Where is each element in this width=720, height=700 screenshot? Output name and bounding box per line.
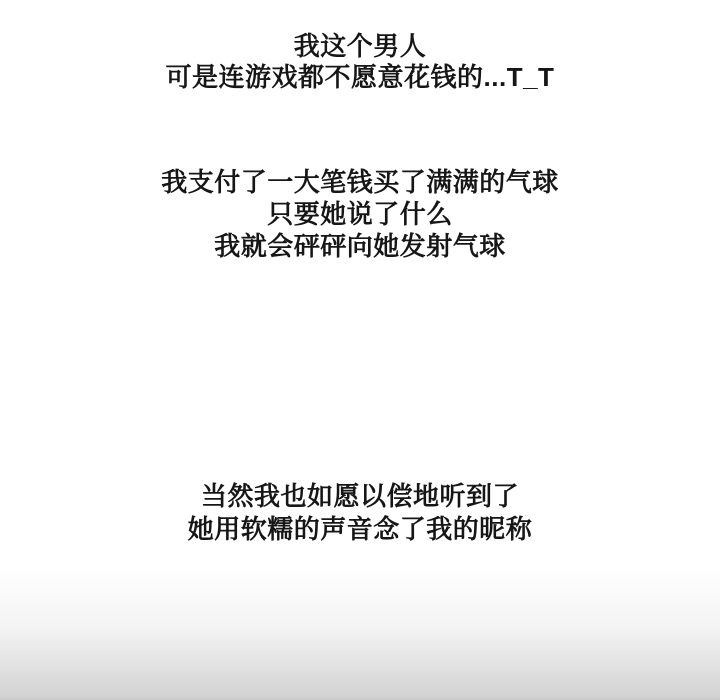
narration-block-1: 我这个男人 可是连游戏都不愿意花钱的...T_T bbox=[0, 31, 720, 93]
comic-page: 我这个男人 可是连游戏都不愿意花钱的...T_T 我支付了一大笔钱买了满满的气球… bbox=[0, 0, 720, 700]
narration-block-3: 当然我也如愿以偿地听到了 她用软糯的声音念了我的昵称 bbox=[0, 480, 720, 546]
narration-line: 当然我也如愿以偿地听到了 bbox=[0, 480, 720, 513]
narration-line: 可是连游戏都不愿意花钱的...T_T bbox=[0, 62, 720, 93]
narration-line: 只要她说了什么 bbox=[0, 198, 720, 230]
narration-line: 她用软糯的声音念了我的昵称 bbox=[0, 513, 720, 546]
bottom-fade-gradient bbox=[0, 568, 720, 700]
narration-line: 我就会砰砰向她发射气球 bbox=[0, 230, 720, 262]
narration-line: 我支付了一大笔钱买了满满的气球 bbox=[0, 166, 720, 198]
narration-line: 我这个男人 bbox=[0, 31, 720, 62]
narration-block-2: 我支付了一大笔钱买了满满的气球 只要她说了什么 我就会砰砰向她发射气球 bbox=[0, 166, 720, 262]
